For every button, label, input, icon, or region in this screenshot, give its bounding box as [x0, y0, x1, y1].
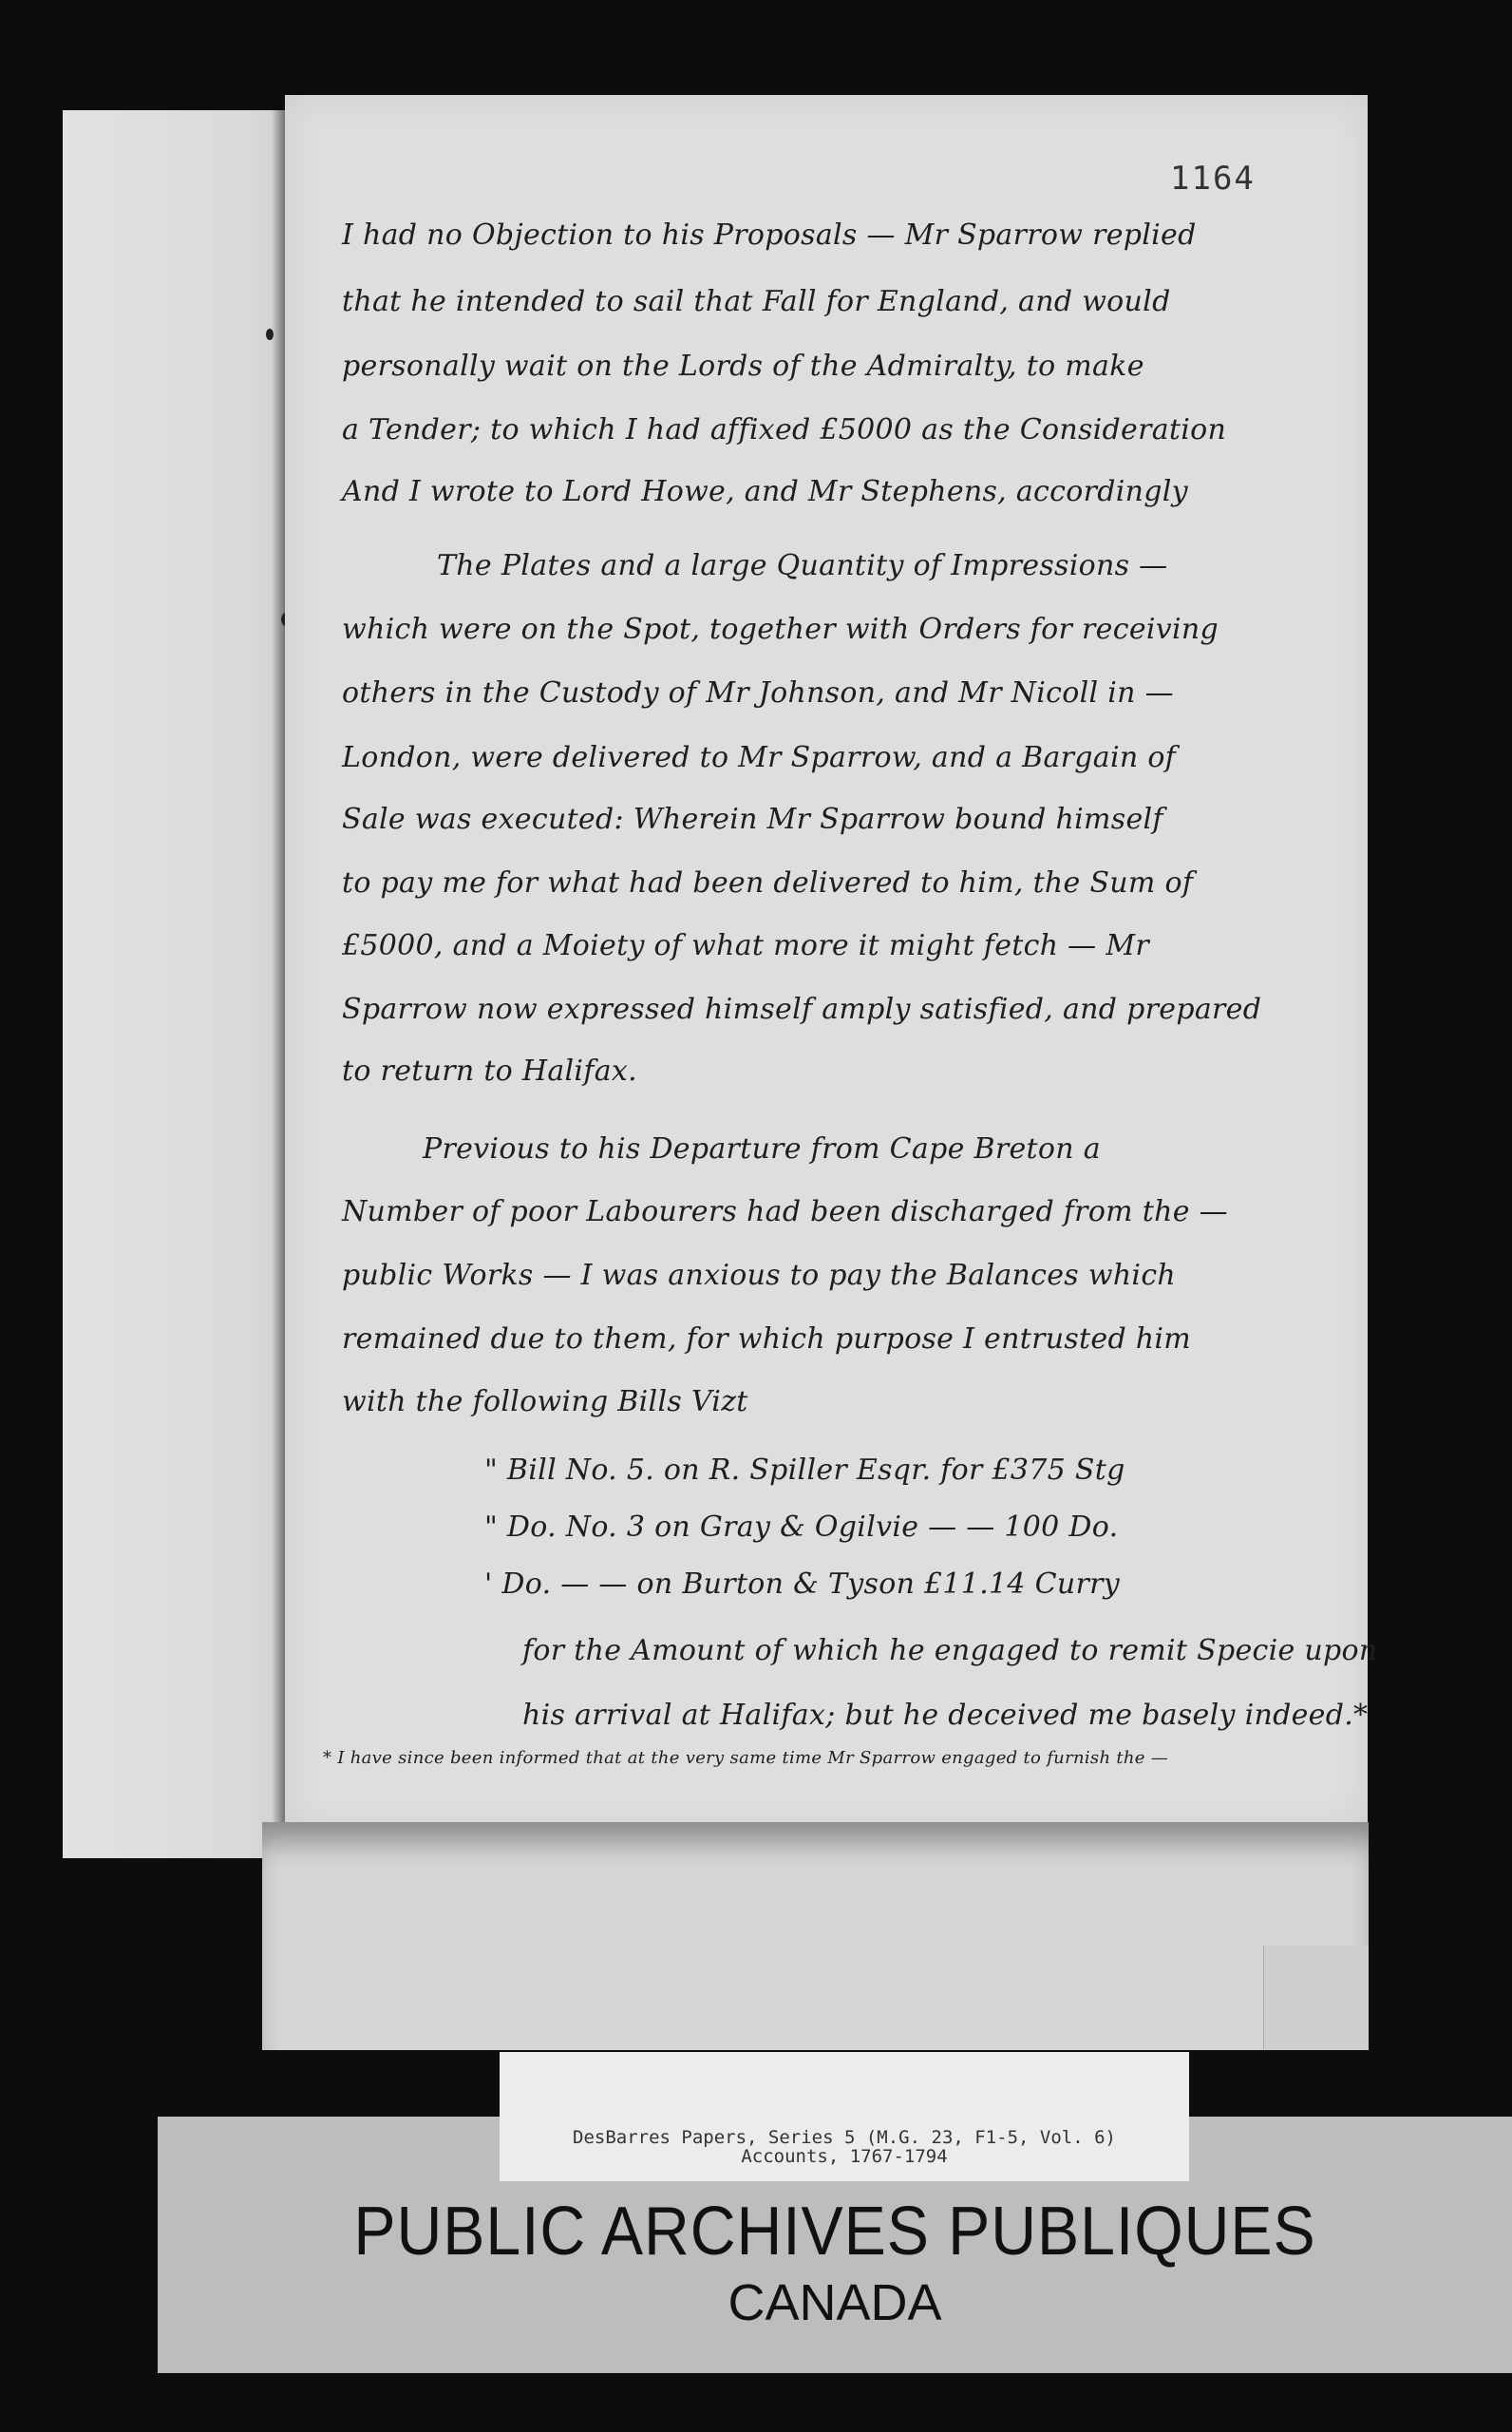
manuscript-line: personally wait on the Lords of the Admi… — [342, 350, 1368, 383]
manuscript-line: remained due to them, for which purpose … — [342, 1322, 1368, 1356]
page-number: 1164 — [1170, 160, 1256, 198]
bill-entry: " Bill No. 5. on R. Spiller Esqr. for £3… — [484, 1453, 1368, 1487]
banner-title: PUBLIC ARCHIVES PUBLIQUES — [212, 2193, 1458, 2270]
archive-label-text: DesBarres Papers, Series 5 (M.G. 23, F1-… — [500, 2128, 1189, 2166]
manuscript-line: And I wrote to Lord Howe, and Mr Stephen… — [342, 475, 1368, 508]
manuscript-line: his arrival at Halifax; but he deceived … — [522, 1699, 1368, 1732]
punch-hole-icon — [266, 329, 274, 340]
archive-label-line2: Accounts, 1767-1794 — [500, 2147, 1189, 2166]
manuscript-line: Sparrow now expressed himself amply sati… — [342, 993, 1368, 1026]
bill-entry: ' Do. — — on Burton & Tyson £11.14 Curry — [484, 1567, 1368, 1601]
manuscript-page: 1164 I had no Objection to his Proposals… — [285, 95, 1368, 1832]
footnote: * I have since been informed that at the… — [323, 1748, 1368, 1768]
folded-left-sheet — [63, 110, 289, 1858]
manuscript-line: others in the Custody of Mr Johnson, and… — [342, 676, 1368, 710]
archive-label: DesBarres Papers, Series 5 (M.G. 23, F1-… — [500, 2052, 1189, 2181]
manuscript-line: Number of poor Labourers had been discha… — [342, 1195, 1368, 1228]
manuscript-line: The Plates and a large Quantity of Impre… — [437, 549, 1368, 582]
archive-label-line1: DesBarres Papers, Series 5 (M.G. 23, F1-… — [500, 2128, 1189, 2147]
manuscript-line: public Works — I was anxious to pay the … — [342, 1259, 1368, 1292]
manuscript-line: Sale was executed: Wherein Mr Sparrow bo… — [342, 803, 1368, 836]
manuscript-line: to pay me for what had been delivered to… — [342, 866, 1368, 900]
banner-subtitle: CANADA — [158, 2273, 1512, 2332]
manuscript-line: for the Amount of which he engaged to re… — [522, 1634, 1368, 1667]
manuscript-line: that he intended to sail that Fall for E… — [342, 285, 1368, 318]
packet-flap — [1263, 1946, 1369, 2050]
folded-packet — [262, 1822, 1369, 2050]
manuscript-line: London, were delivered to Mr Sparrow, an… — [342, 741, 1368, 774]
manuscript-line: to return to Halifax. — [342, 1054, 1368, 1088]
manuscript-line: Previous to his Departure from Cape Bret… — [423, 1132, 1368, 1166]
manuscript-line: £5000, and a Moiety of what more it migh… — [342, 929, 1368, 962]
manuscript-line: a Tender; to which I had affixed £5000 a… — [342, 413, 1368, 446]
manuscript-line: with the following Bills Vizt — [342, 1385, 1368, 1418]
bill-entry: " Do. No. 3 on Gray & Ogilvie — — 100 Do… — [484, 1510, 1368, 1544]
manuscript-line: I had no Objection to his Proposals — Mr… — [342, 218, 1368, 252]
manuscript-line: which were on the Spot, together with Or… — [342, 613, 1368, 646]
